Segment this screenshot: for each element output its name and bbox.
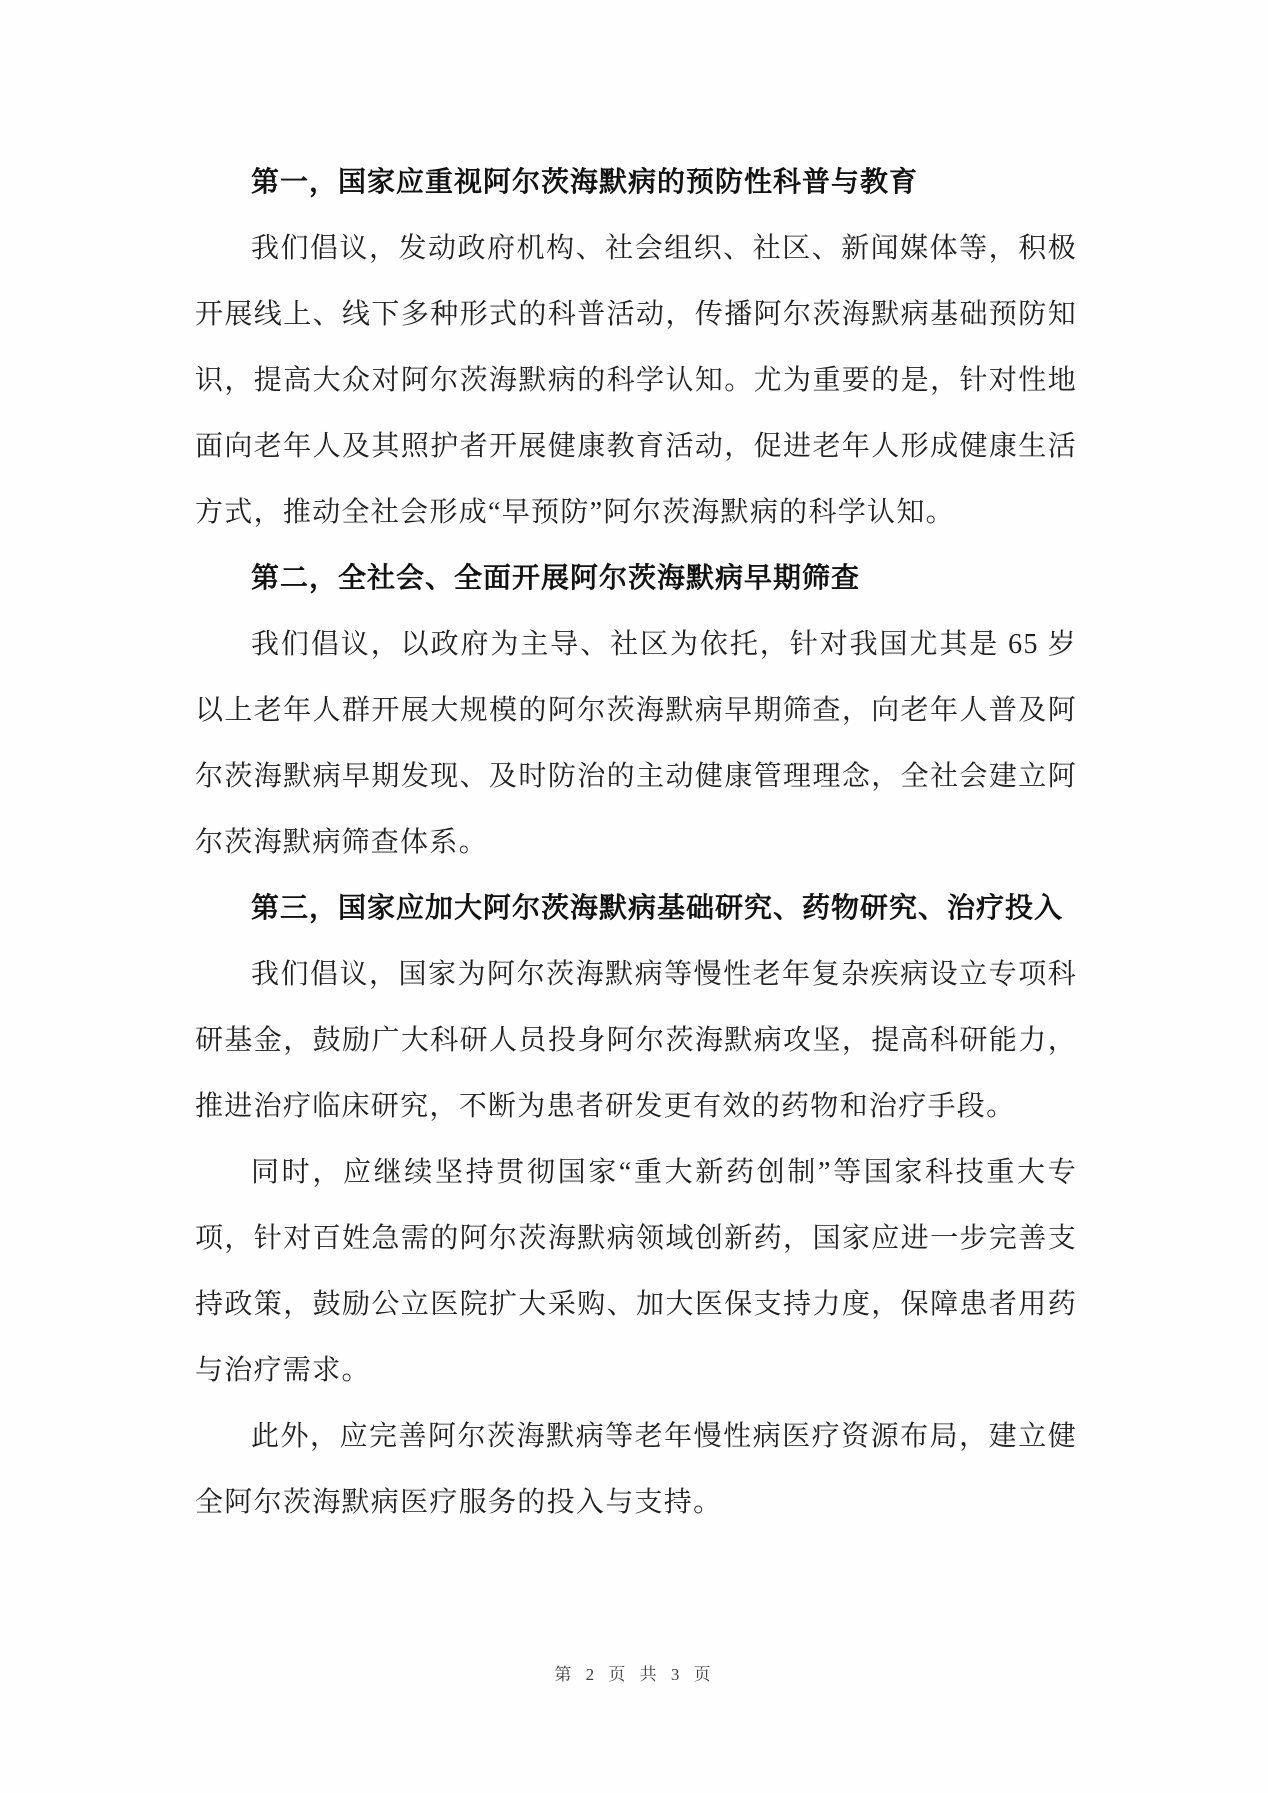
section-3-heading: 第三，国家应加大阿尔茨海默病基础研究、药物研究、治疗投入 xyxy=(195,876,1077,942)
section-3-paragraph-1: 我们倡议，国家为阿尔茨海默病等慢性老年复杂疾病设立专项科研基金，鼓励广大科研人员… xyxy=(195,942,1077,1140)
section-early-screening: 第二，全社会、全面开展阿尔茨海默病早期筛查 我们倡议，以政府为主导、社区为依托，… xyxy=(195,546,1077,876)
section-1-heading: 第一，国家应重视阿尔茨海默病的预防性科普与教育 xyxy=(195,150,1077,216)
document-body: 第一，国家应重视阿尔茨海默病的预防性科普与教育 我们倡议，发动政府机构、社会组织… xyxy=(195,150,1077,1536)
section-2-paragraph-1: 我们倡议，以政府为主导、社区为依托，针对我国尤其是 65 岁以上老年人群开展大规… xyxy=(195,612,1077,876)
section-3-paragraph-2: 同时，应继续坚持贯彻国家“重大新药创制”等国家科技重大专项，针对百姓急需的阿尔茨… xyxy=(195,1140,1077,1404)
section-3-paragraph-3: 此外，应完善阿尔茨海默病等老年慢性病医疗资源布局，建立健全阿尔茨海默病医疗服务的… xyxy=(195,1404,1077,1536)
document-page: 第一，国家应重视阿尔茨海默病的预防性科普与教育 我们倡议，发动政府机构、社会组织… xyxy=(0,0,1268,1793)
section-research-investment: 第三，国家应加大阿尔茨海默病基础研究、药物研究、治疗投入 我们倡议，国家为阿尔茨… xyxy=(195,876,1077,1536)
section-1-paragraph-1: 我们倡议，发动政府机构、社会组织、社区、新闻媒体等，积极开展线上、线下多种形式的… xyxy=(195,216,1077,546)
section-prevention-education: 第一，国家应重视阿尔茨海默病的预防性科普与教育 我们倡议，发动政府机构、社会组织… xyxy=(195,150,1077,546)
page-number-label: 第 2 页 共 3 页 xyxy=(554,1665,713,1684)
section-2-heading: 第二，全社会、全面开展阿尔茨海默病早期筛查 xyxy=(195,546,1077,612)
page-footer: 第 2 页 共 3 页 xyxy=(0,1660,1268,1685)
